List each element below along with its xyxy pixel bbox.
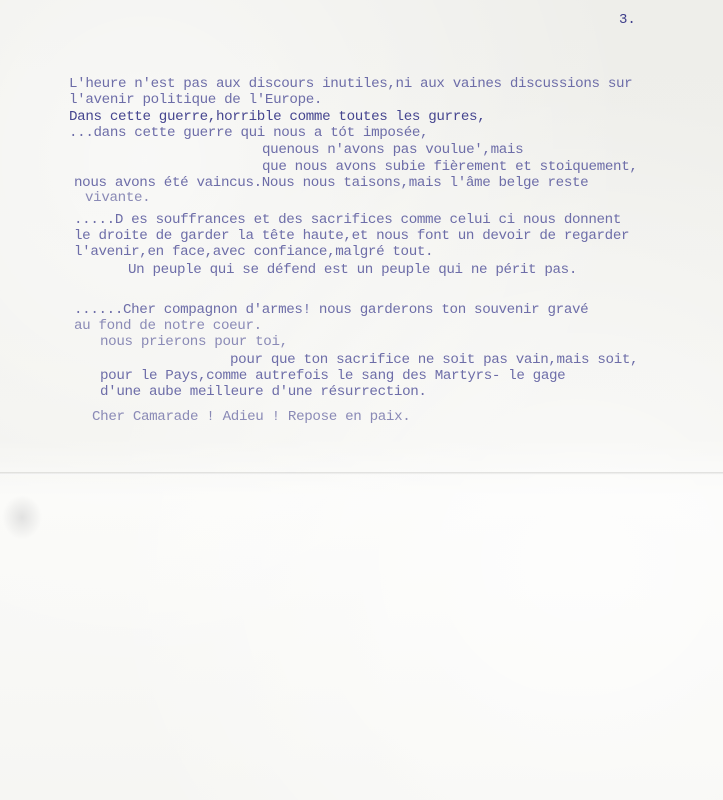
text-line: Un peuple qui se défend est un peuple qu…: [128, 262, 577, 278]
text-line: que nous avons subie fièrement et stoiqu…: [262, 159, 638, 175]
text-line: l'avenir,en face,avec confiance,malgré t…: [74, 244, 433, 260]
text-line: .....D es souffrances et des sacrifices …: [74, 212, 621, 228]
text-line: vivante.: [85, 190, 150, 206]
text-line: Dans cette guerre,horrible comme toutes …: [69, 109, 485, 125]
text-line: pour le Pays,comme autrefois le sang des…: [100, 368, 565, 384]
page-number: 3.: [619, 12, 636, 28]
text-line: l'avenir politique de l'Europe.: [69, 92, 322, 108]
text-line: ......Cher compagnon d'armes! nous garde…: [74, 302, 588, 318]
text-line: Cher Camarade ! Adieu ! Repose en paix.: [92, 409, 410, 425]
text-line: le droite de garder la tête haute,et nou…: [74, 228, 629, 244]
text-line: pour que ton sacrifice ne soit pas vain,…: [230, 352, 638, 368]
text-line: ...dans cette guerre qui nous a tót impo…: [69, 125, 428, 141]
typewritten-page: 3. L'heure n'est pas aux discours inutil…: [0, 0, 723, 800]
text-line: nous avons été vaincus.Nous nous taisons…: [74, 175, 588, 191]
text-line: nous prierons pour toi,: [100, 334, 288, 350]
text-line: quenous n'avons pas voulue',mais: [262, 142, 523, 158]
paper-stain: [2, 495, 42, 540]
text-line: L'heure n'est pas aux discours inutiles,…: [69, 76, 632, 92]
paper-fold-crease: [0, 472, 723, 475]
text-line: au fond de notre coeur.: [74, 318, 262, 334]
text-line: d'une aube meilleure d'une résurrection.: [100, 384, 427, 400]
